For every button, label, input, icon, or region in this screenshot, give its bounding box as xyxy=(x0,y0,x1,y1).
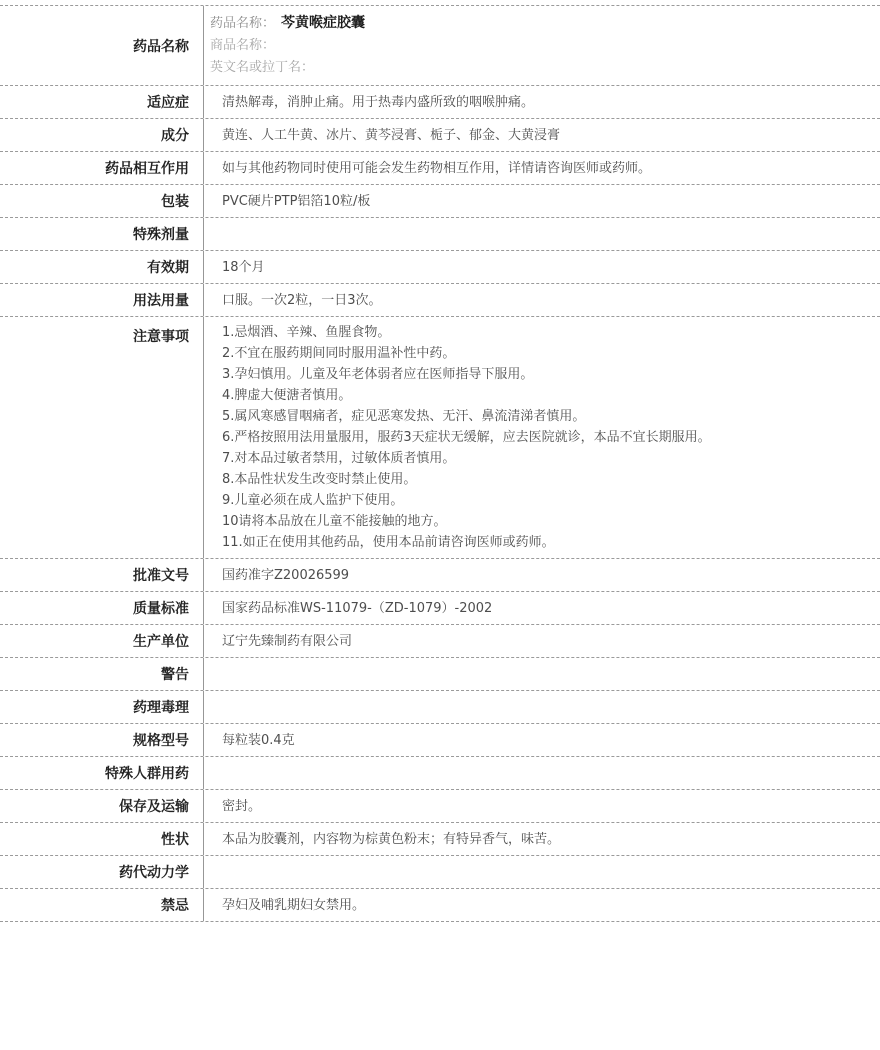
field-label-text: 特殊剂量 xyxy=(133,224,189,244)
table-row: 包装 PVC硬片PTP铝箔10粒/板 xyxy=(0,185,880,218)
table-row: 禁忌 孕妇及哺乳期妇女禁用。 xyxy=(0,889,880,922)
field-label: 保存及运输 xyxy=(0,790,204,822)
field-label: 药品相互作用 xyxy=(0,152,204,184)
field-label-text: 有效期 xyxy=(147,257,189,277)
field-value xyxy=(204,856,880,888)
field-label: 用法用量 xyxy=(0,284,204,316)
field-value: 孕妇及哺乳期妇女禁用。 xyxy=(204,889,880,921)
table-row: 注意事项 1.忌烟酒、辛辣、鱼腥食物。2.不宜在服药期间同时服用温补性中药。3.… xyxy=(0,317,880,559)
field-label: 特殊剂量 xyxy=(0,218,204,250)
table-row: 用法用量 口服。一次2粒，一日3次。 xyxy=(0,284,880,317)
field-label-text: 用法用量 xyxy=(133,290,189,310)
table-row: 适应症 清热解毒，消肿止痛。用于热毒内盛所致的咽喉肿痛。 xyxy=(0,86,880,119)
field-value: 本品为胶囊剂，内容物为棕黄色粉末；有特异香气，味苦。 xyxy=(204,823,880,855)
field-value: 国家药品标准WS-11079-（ZD-1079）-2002 xyxy=(204,592,880,624)
field-value-line: PVC硬片PTP铝箔10粒/板 xyxy=(222,191,870,212)
table-row: 批准文号 国药准字Z20026599 xyxy=(0,559,880,592)
field-label: 生产单位 xyxy=(0,625,204,657)
table-row: 特殊人群用药 xyxy=(0,757,880,790)
field-label: 警告 xyxy=(0,658,204,690)
field-value: 1.忌烟酒、辛辣、鱼腥食物。2.不宜在服药期间同时服用温补性中药。3.孕妇慎用。… xyxy=(204,317,880,558)
field-value-line: 18个月 xyxy=(222,257,870,278)
field-value xyxy=(204,691,880,723)
drug-detail-page: 药品名称 药品名称：芩黄喉症胶囊 商品名称： 英文名或拉丁名： 适应症 清热解毒… xyxy=(0,0,880,1050)
field-value: 辽宁先臻制药有限公司 xyxy=(204,625,880,657)
field-value-line: 口服。一次2粒，一日3次。 xyxy=(222,290,870,311)
table-row: 保存及运输 密封。 xyxy=(0,790,880,823)
field-value-line: 2.不宜在服药期间同时服用温补性中药。 xyxy=(222,343,870,364)
field-value xyxy=(204,218,880,250)
field-value: 如与其他药物同时使用可能会发生药物相互作用，详情请咨询医师或药师。 xyxy=(204,152,880,184)
field-value-line: 清热解毒，消肿止痛。用于热毒内盛所致的咽喉肿痛。 xyxy=(222,92,870,113)
field-value-line: 黄连、人工牛黄、冰片、黄芩浸膏、栀子、郁金、大黄浸膏 xyxy=(222,125,870,146)
field-value: PVC硬片PTP铝箔10粒/板 xyxy=(204,185,880,217)
field-label: 成分 xyxy=(0,119,204,151)
field-label: 性状 xyxy=(0,823,204,855)
drug-name-line: 药品名称：芩黄喉症胶囊 xyxy=(210,12,870,35)
table-row: 有效期 18个月 xyxy=(0,251,880,284)
field-label: 药代动力学 xyxy=(0,856,204,888)
field-label: 特殊人群用药 xyxy=(0,757,204,789)
table-row: 药代动力学 xyxy=(0,856,880,889)
field-label-text: 药理毒理 xyxy=(133,697,189,717)
field-value-line: 5.属风寒感冒咽痛者，症见恶寒发热、无汗、鼻流清涕者慎用。 xyxy=(222,406,870,427)
field-label: 注意事项 xyxy=(0,317,204,558)
field-label: 药品名称 xyxy=(0,6,204,85)
field-value-line: 辽宁先臻制药有限公司 xyxy=(222,631,870,652)
table-row: 规格型号 每粒装0.4克 xyxy=(0,724,880,757)
field-value-line: 密封。 xyxy=(222,796,870,817)
english-name-prefix: 英文名或拉丁名： xyxy=(210,60,314,75)
field-label-text: 药品名称 xyxy=(133,36,189,56)
field-value-line: 国药准字Z20026599 xyxy=(222,565,870,586)
table-row: 性状 本品为胶囊剂，内容物为棕黄色粉末；有特异香气，味苦。 xyxy=(0,823,880,856)
table-row: 质量标准 国家药品标准WS-11079-（ZD-1079）-2002 xyxy=(0,592,880,625)
table-row: 警告 xyxy=(0,658,880,691)
field-label-text: 包装 xyxy=(161,191,189,211)
field-value: 国药准字Z20026599 xyxy=(204,559,880,591)
field-label-text: 规格型号 xyxy=(133,730,189,750)
field-value: 药品名称：芩黄喉症胶囊 商品名称： 英文名或拉丁名： xyxy=(204,6,880,85)
field-label-text: 成分 xyxy=(161,125,189,145)
drug-name-prefix: 药品名称： xyxy=(210,16,275,31)
field-value-line: 10请将本品放在儿童不能接触的地方。 xyxy=(222,511,870,532)
table-row: 药品相互作用 如与其他药物同时使用可能会发生药物相互作用，详情请咨询医师或药师。 xyxy=(0,152,880,185)
field-label-text: 警告 xyxy=(161,664,189,684)
field-label-text: 批准文号 xyxy=(133,565,189,585)
field-value-line: 1.忌烟酒、辛辣、鱼腥食物。 xyxy=(222,322,870,343)
field-label-text: 禁忌 xyxy=(161,895,189,915)
field-label: 规格型号 xyxy=(0,724,204,756)
field-label: 适应症 xyxy=(0,86,204,118)
field-value-line: 7.对本品过敏者禁用，过敏体质者慎用。 xyxy=(222,448,870,469)
field-value: 每粒装0.4克 xyxy=(204,724,880,756)
field-value-line: 本品为胶囊剂，内容物为棕黄色粉末；有特异香气，味苦。 xyxy=(222,829,870,850)
table-row: 生产单位 辽宁先臻制药有限公司 xyxy=(0,625,880,658)
table-row-drug-name: 药品名称 药品名称：芩黄喉症胶囊 商品名称： 英文名或拉丁名： xyxy=(0,6,880,86)
field-label-text: 药品相互作用 xyxy=(105,158,189,178)
field-label: 药理毒理 xyxy=(0,691,204,723)
field-label-text: 生产单位 xyxy=(133,631,189,651)
field-value-line: 6.严格按照用法用量服用，服药3天症状无缓解，应去医院就诊，本品不宜长期服用。 xyxy=(222,427,870,448)
field-label-text: 注意事项 xyxy=(133,326,189,346)
field-label-text: 特殊人群用药 xyxy=(105,763,189,783)
field-value-line: 9.儿童必须在成人监护下使用。 xyxy=(222,490,870,511)
field-label: 质量标准 xyxy=(0,592,204,624)
table-row: 特殊剂量 xyxy=(0,218,880,251)
field-value xyxy=(204,757,880,789)
field-label-text: 质量标准 xyxy=(133,598,189,618)
drug-name-value: 芩黄喉症胶囊 xyxy=(281,15,365,31)
field-label-text: 药代动力学 xyxy=(119,862,189,882)
field-value xyxy=(204,658,880,690)
field-label-text: 性状 xyxy=(161,829,189,849)
field-label-text: 适应症 xyxy=(147,92,189,112)
field-value: 黄连、人工牛黄、冰片、黄芩浸膏、栀子、郁金、大黄浸膏 xyxy=(204,119,880,151)
field-value-line: 11.如正在使用其他药品，使用本品前请咨询医师或药师。 xyxy=(222,532,870,553)
field-value-line: 如与其他药物同时使用可能会发生药物相互作用，详情请咨询医师或药师。 xyxy=(222,158,870,179)
field-value: 密封。 xyxy=(204,790,880,822)
field-value-line: 3.孕妇慎用。儿童及年老体弱者应在医师指导下服用。 xyxy=(222,364,870,385)
trade-name-prefix: 商品名称： xyxy=(210,38,275,53)
field-value-line: 孕妇及哺乳期妇女禁用。 xyxy=(222,895,870,916)
trade-name-line: 商品名称： xyxy=(210,35,870,57)
field-value-line: 4.脾虚大便溏者慎用。 xyxy=(222,385,870,406)
field-label-text: 保存及运输 xyxy=(119,796,189,816)
field-value-line: 国家药品标准WS-11079-（ZD-1079）-2002 xyxy=(222,598,870,619)
drug-info-table: 药品名称 药品名称：芩黄喉症胶囊 商品名称： 英文名或拉丁名： 适应症 清热解毒… xyxy=(0,5,880,922)
field-value: 口服。一次2粒，一日3次。 xyxy=(204,284,880,316)
field-value-line: 8.本品性状发生改变时禁止使用。 xyxy=(222,469,870,490)
table-row: 药理毒理 xyxy=(0,691,880,724)
field-value: 18个月 xyxy=(204,251,880,283)
field-label: 禁忌 xyxy=(0,889,204,921)
field-label: 有效期 xyxy=(0,251,204,283)
table-row: 成分 黄连、人工牛黄、冰片、黄芩浸膏、栀子、郁金、大黄浸膏 xyxy=(0,119,880,152)
english-name-line: 英文名或拉丁名： xyxy=(210,57,870,79)
field-label: 批准文号 xyxy=(0,559,204,591)
field-value: 清热解毒，消肿止痛。用于热毒内盛所致的咽喉肿痛。 xyxy=(204,86,880,118)
field-label: 包装 xyxy=(0,185,204,217)
field-value-line: 每粒装0.4克 xyxy=(222,730,870,751)
